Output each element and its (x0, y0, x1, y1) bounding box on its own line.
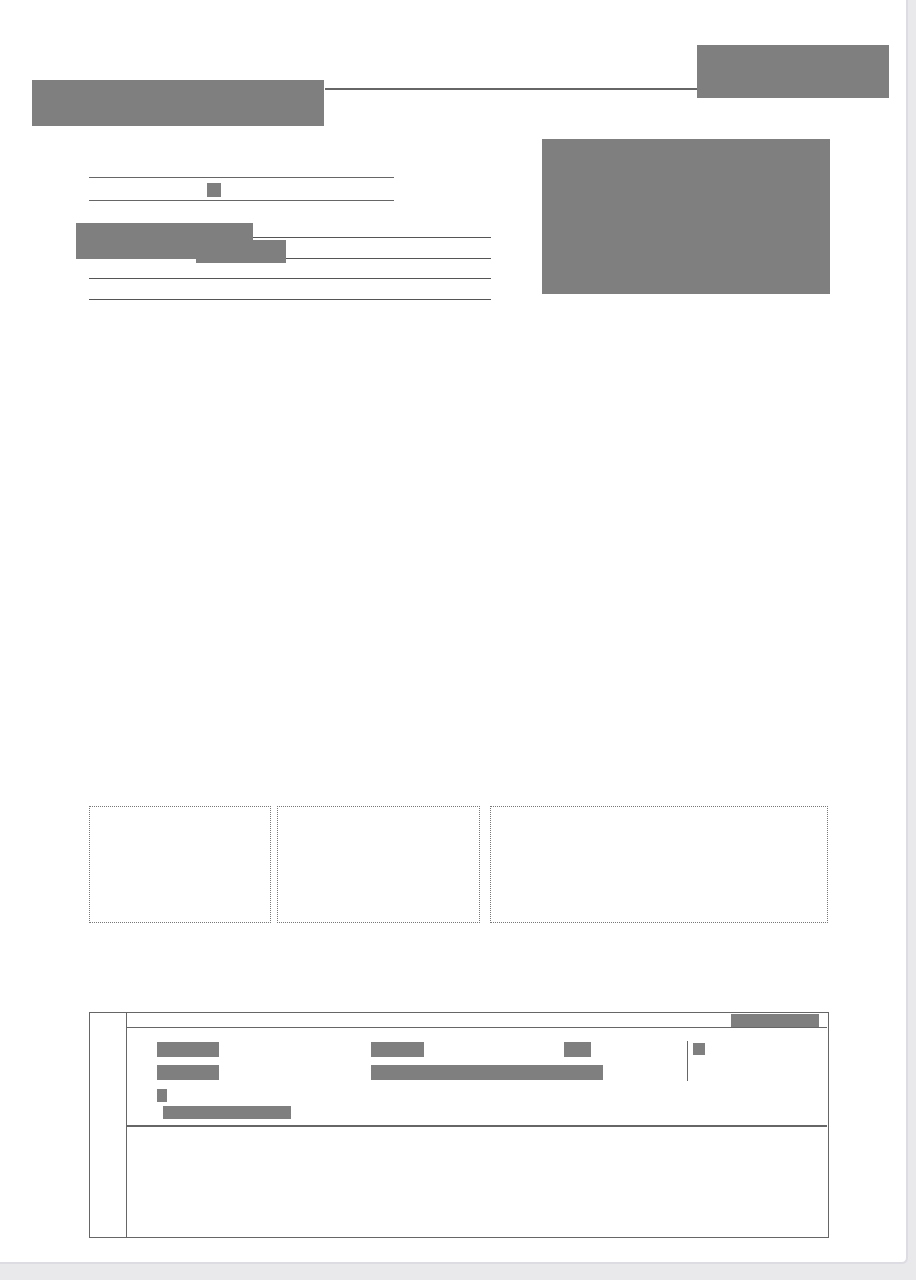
account-number-field (371, 1042, 424, 1057)
redacted-block (731, 1014, 819, 1027)
bank-name-field (157, 1042, 219, 1057)
redacted-block (32, 80, 324, 126)
redacted-value (371, 1042, 424, 1057)
redacted-block (542, 139, 830, 294)
line-items (89, 330, 827, 332)
redacted-value (564, 1042, 591, 1057)
bank-side-label-cell (90, 1013, 127, 1237)
account-type-field (564, 1042, 591, 1057)
bank-due-date (687, 1041, 705, 1081)
name-change-notice (157, 1089, 167, 1103)
redacted-day (207, 183, 221, 197)
bank-due-date-value (693, 1041, 705, 1060)
branch-name-field (157, 1065, 219, 1080)
title-rule (325, 88, 698, 90)
notes-divider (127, 1125, 827, 1127)
remarks-box (490, 806, 828, 923)
bank-transfer-section (89, 1012, 829, 1238)
due-date-value (207, 183, 221, 199)
reference-instruction (127, 1013, 827, 1028)
usage-row (89, 258, 491, 279)
amount-row (89, 157, 394, 178)
redacted-day (157, 1089, 167, 1102)
tax-breakdown-box (89, 806, 271, 923)
redacted-day (693, 1043, 705, 1055)
redacted-value (157, 1042, 219, 1057)
due-date-row (89, 181, 394, 201)
redacted-value (157, 1065, 219, 1080)
account-name-field (371, 1065, 603, 1080)
old-name-notice (157, 1106, 297, 1120)
redacted-value (371, 1065, 603, 1080)
legend-box (277, 806, 480, 923)
usage-row (89, 278, 491, 300)
redacted-value (163, 1106, 291, 1119)
redacted-block (196, 240, 286, 263)
redacted-block (697, 45, 889, 98)
invoice-page (0, 0, 908, 1264)
